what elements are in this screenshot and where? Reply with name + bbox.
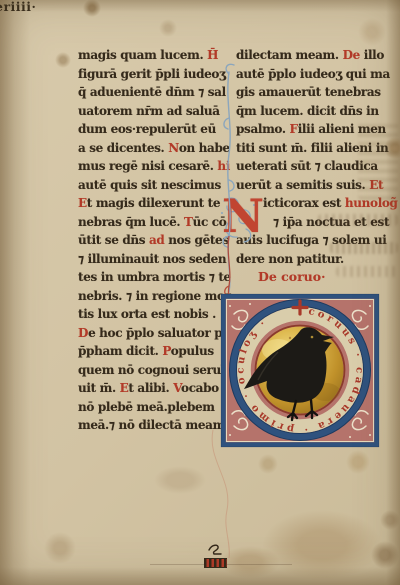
manuscript-text-line: nebris. ⁊ in regione mor <box>78 287 206 306</box>
quire-numeral-iii <box>204 558 227 568</box>
manuscript-text-line: dum eos·repulerūt eū <box>78 120 206 139</box>
manuscript-text-line: a se dicentes. Non habe <box>78 139 206 158</box>
manuscript-text-line: magis quam lucem. H̄ <box>78 46 206 65</box>
manuscript-text-line: ueterati sūt ⁊ claudica <box>236 157 378 176</box>
manuscript-text-line: ūtit se dn̄s ad nos gētes <box>78 231 206 250</box>
manuscript-page: eriiii· magis quam lucem. H̄figurā gerit… <box>0 0 400 585</box>
manuscript-text-line: gis amauerūt tenebras <box>236 83 378 102</box>
manuscript-text-line: figurā gerit p̄pli iudeoʒ <box>78 65 206 84</box>
initial-letter: N <box>222 191 264 241</box>
manuscript-text-line: q̄ aduenientē dn̄m ⁊ sal <box>78 83 206 102</box>
manuscript-text-line: p̄pham dicit. Populus <box>78 342 206 361</box>
manuscript-text-line: dere non patitur. <box>236 250 378 269</box>
manuscript-text-line: tes in umbra mortis ⁊ te <box>78 268 206 287</box>
manuscript-text-line: mus regē nisi cesarē. hi <box>78 157 206 176</box>
manuscript-text-line: autē quis sit nescimus <box>78 176 206 195</box>
manuscript-text-line: psalmo. Filii alieni men <box>236 120 378 139</box>
manuscript-text-line: nō plebē meā.plebem <box>78 398 206 417</box>
manuscript-text-line: Et magis dilexerunt te <box>78 194 206 213</box>
raven-medallion-illustration: coruus · cadauera · primo · oculoʒ · <box>220 292 380 450</box>
manuscript-text-line: ⁊ illuminauit nos seden <box>78 250 206 269</box>
manuscript-text-line: autē p̄plo iudeoʒ qui ma <box>236 65 378 84</box>
manuscript-text-line: q̄m lucem. dicit dn̄s in <box>236 102 378 121</box>
folio-number: eriiii· <box>0 0 36 14</box>
manuscript-text-line: De hoc p̄plo saluator p <box>78 324 206 343</box>
scribal-squiggle-icon <box>206 542 224 556</box>
manuscript-text-line: titi sunt m̄. filii alieni in <box>236 139 378 158</box>
manuscript-text-line: uit m̄. Et alibi. Vocabo <box>78 379 206 398</box>
illuminated-initial-n: N <box>218 193 260 243</box>
manuscript-text-line: dilectam meam. De illo <box>236 46 378 65</box>
text-column-left: magis quam lucem. H̄figurā gerit p̄pli i… <box>78 46 206 435</box>
text-column-right: N dilectam meam. De illoautē p̄plo iudeo… <box>236 46 378 287</box>
manuscript-text-line: De coruo· <box>236 268 378 287</box>
manuscript-text-line: quem nō cognoui seruī <box>78 361 206 380</box>
manuscript-text-line: meā.⁊ nō dilectā meam <box>78 416 206 435</box>
quire-signature <box>203 544 233 570</box>
manuscript-text-line: uatorem nr̄m ad saluā <box>78 102 206 121</box>
manuscript-text-line: tis lux orta est nobis . <box>78 305 206 324</box>
manuscript-text-line: nebras q̄m lucē. Tūc cō <box>78 213 206 232</box>
